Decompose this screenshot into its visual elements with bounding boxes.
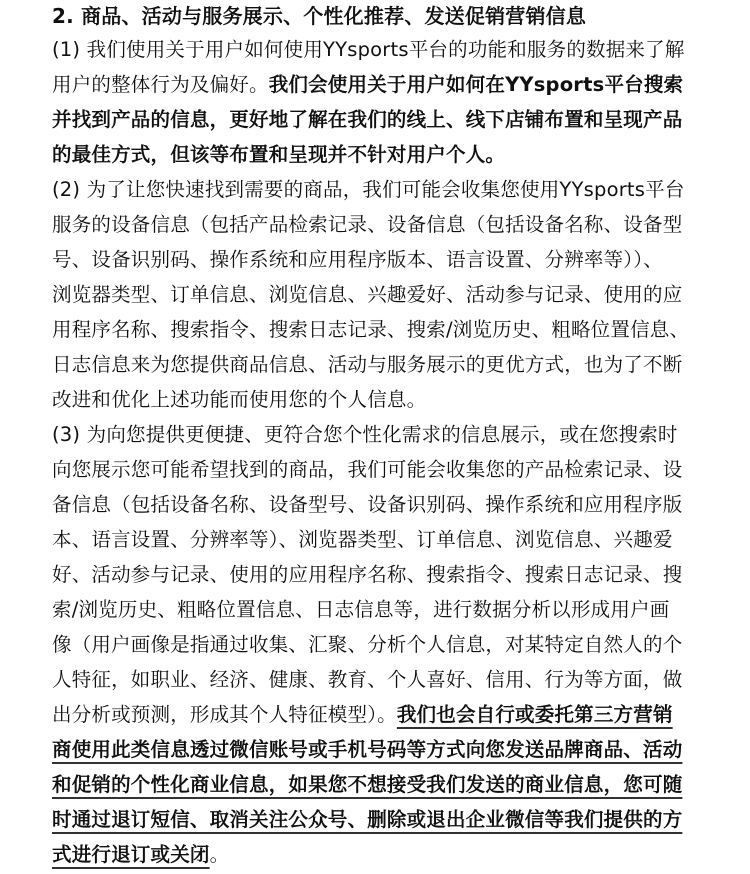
privacy-policy-section: 2. 商品、活动与服务展示、个性化推荐、发送促销营销信息 (1) 我们使用关于用…	[52, 0, 698, 872]
text-line: 本、语言设置、分辨率等）、浏览器类型、订单信息、浏览信息、兴趣爱	[52, 522, 698, 557]
paragraph-p3: (3) 为向您提供更便捷、更符合您个性化需求的信息展示，或在您搜索时向您展示您可…	[52, 417, 698, 872]
body-text: 。	[210, 843, 230, 866]
body-text: 用程序名称、搜索指令、搜索日志记录、搜索/浏览历史、粗略位置信息、	[52, 318, 689, 341]
text-line: 服务的设备信息（包括产品检索记录、设备信息（包括设备名称、设备型	[52, 207, 698, 242]
text-line: 号、设备识别码、操作系统和应用程序版本、语言设置、分辨率等））、	[52, 242, 698, 277]
body-text: 出分析或预测，形成其个人特征模型）。	[52, 703, 397, 726]
text-line: (3) 为向您提供更便捷、更符合您个性化需求的信息展示，或在您搜索时	[52, 417, 698, 452]
text-line: 人特征，如职业、经济、健康、教育、个人喜好、信用、行为等方面，做	[52, 662, 698, 697]
text-line: 用程序名称、搜索指令、搜索日志记录、搜索/浏览历史、粗略位置信息、	[52, 312, 698, 347]
underlined-bold-text: 式进行退订或关闭	[52, 843, 210, 866]
text-line: 日志信息来为您提供商品信息、活动与服务展示的更优方式，也为了不断	[52, 347, 698, 382]
body-text: 浏览器类型、订单信息、浏览信息、兴趣爱好、活动参与记录、使用的应	[52, 283, 682, 306]
text-line: (2) 为了让您快速找到需要的商品，我们可能会收集您使用YYsports平台	[52, 172, 698, 207]
text-line: 改进和优化上述功能而使用您的个人信息。	[52, 382, 698, 417]
bold-text: 我们会使用关于用户如何在YYsports平台搜索	[269, 73, 684, 96]
text-line: 商使用此类信息透过微信账号或手机号码等方式向您发送品牌商品、活动	[52, 732, 698, 767]
body-text: 用户的整体行为及偏好。	[52, 73, 269, 96]
body-text: 日志信息来为您提供商品信息、活动与服务展示的更优方式，也为了不断	[52, 353, 682, 376]
body-text: 像（用户画像是指通过收集、汇聚、分析个人信息，对某特定自然人的个	[52, 633, 682, 656]
text-line: 向您展示您可能希望找到的商品，我们可能会收集您的产品检索记录、设	[52, 452, 698, 487]
body-text: 人特征，如职业、经济、健康、教育、个人喜好、信用、行为等方面，做	[52, 668, 682, 691]
text-line: 用户的整体行为及偏好。我们会使用关于用户如何在YYsports平台搜索	[52, 67, 698, 102]
body-text: 备信息（包括设备名称、设备型号、设备识别码、操作系统和应用程序版	[52, 493, 682, 516]
body-text: (1) 我们使用关于用户如何使用YYsports平台的功能和服务的数据来了解	[52, 38, 685, 61]
text-line: 和促销的个性化商业信息，如果您不想接受我们发送的商业信息，您可随	[52, 767, 698, 802]
text-line: 出分析或预测，形成其个人特征模型）。我们也会自行或委托第三方营销	[52, 697, 698, 732]
text-line: 备信息（包括设备名称、设备型号、设备识别码、操作系统和应用程序版	[52, 487, 698, 522]
underlined-bold-text: 时通过退订短信、取消关注公众号、删除或退出企业微信等我们提供的方	[52, 808, 682, 831]
body-text: (3) 为向您提供更便捷、更符合您个性化需求的信息展示，或在您搜索时	[52, 423, 678, 446]
text-line: 的最佳方式，但该等布置和呈现并不针对用户个人。	[52, 137, 698, 172]
underlined-bold-text: 我们也会自行或委托第三方营销	[397, 703, 673, 726]
body-text: 服务的设备信息（包括产品检索记录、设备信息（包括设备名称、设备型	[52, 213, 682, 236]
paragraph-p1: (1) 我们使用关于用户如何使用YYsports平台的功能和服务的数据来了解用户…	[52, 32, 698, 172]
text-line: 像（用户画像是指通过收集、汇聚、分析个人信息，对某特定自然人的个	[52, 627, 698, 662]
body-text: 索/浏览历史、粗略位置信息、日志信息等，进行数据分析以形成用户画	[52, 598, 669, 621]
bold-text: 并找到产品的信息，更好地了解在我们的线上、线下店铺布置和呈现产品	[52, 108, 682, 131]
body-text: (2) 为了让您快速找到需要的商品，我们可能会收集您使用YYsports平台	[52, 178, 685, 201]
text-line: 并找到产品的信息，更好地了解在我们的线上、线下店铺布置和呈现产品	[52, 102, 698, 137]
body-text: 向您展示您可能希望找到的商品，我们可能会收集您的产品检索记录、设	[52, 458, 682, 481]
paragraph-p2: (2) 为了让您快速找到需要的商品，我们可能会收集您使用YYsports平台服务…	[52, 172, 698, 417]
section-heading: 2. 商品、活动与服务展示、个性化推荐、发送促销营销信息	[52, 0, 698, 32]
body-text: 好、活动参与记录、使用的应用程序名称、搜索指令、搜索日志记录、搜	[52, 563, 682, 586]
text-line: 浏览器类型、订单信息、浏览信息、兴趣爱好、活动参与记录、使用的应	[52, 277, 698, 312]
body-text: 改进和优化上述功能而使用您的个人信息。	[52, 388, 426, 411]
paragraphs-container: (1) 我们使用关于用户如何使用YYsports平台的功能和服务的数据来了解用户…	[52, 32, 698, 872]
underlined-bold-text: 和促销的个性化商业信息，如果您不想接受我们发送的商业信息，您可随	[52, 773, 682, 796]
bold-text: 的最佳方式，但该等布置和呈现并不针对用户个人。	[52, 143, 505, 166]
text-line: 时通过退订短信、取消关注公众号、删除或退出企业微信等我们提供的方	[52, 802, 698, 837]
body-text: 号、设备识别码、操作系统和应用程序版本、语言设置、分辨率等））、	[52, 248, 663, 271]
text-line: 好、活动参与记录、使用的应用程序名称、搜索指令、搜索日志记录、搜	[52, 557, 698, 592]
text-line: 式进行退订或关闭。	[52, 837, 698, 872]
underlined-bold-text: 商使用此类信息透过微信账号或手机号码等方式向您发送品牌商品、活动	[52, 738, 682, 761]
body-text: 本、语言设置、分辨率等）、浏览器类型、订单信息、浏览信息、兴趣爱	[52, 528, 673, 551]
text-line: 索/浏览历史、粗略位置信息、日志信息等，进行数据分析以形成用户画	[52, 592, 698, 627]
text-line: (1) 我们使用关于用户如何使用YYsports平台的功能和服务的数据来了解	[52, 32, 698, 67]
